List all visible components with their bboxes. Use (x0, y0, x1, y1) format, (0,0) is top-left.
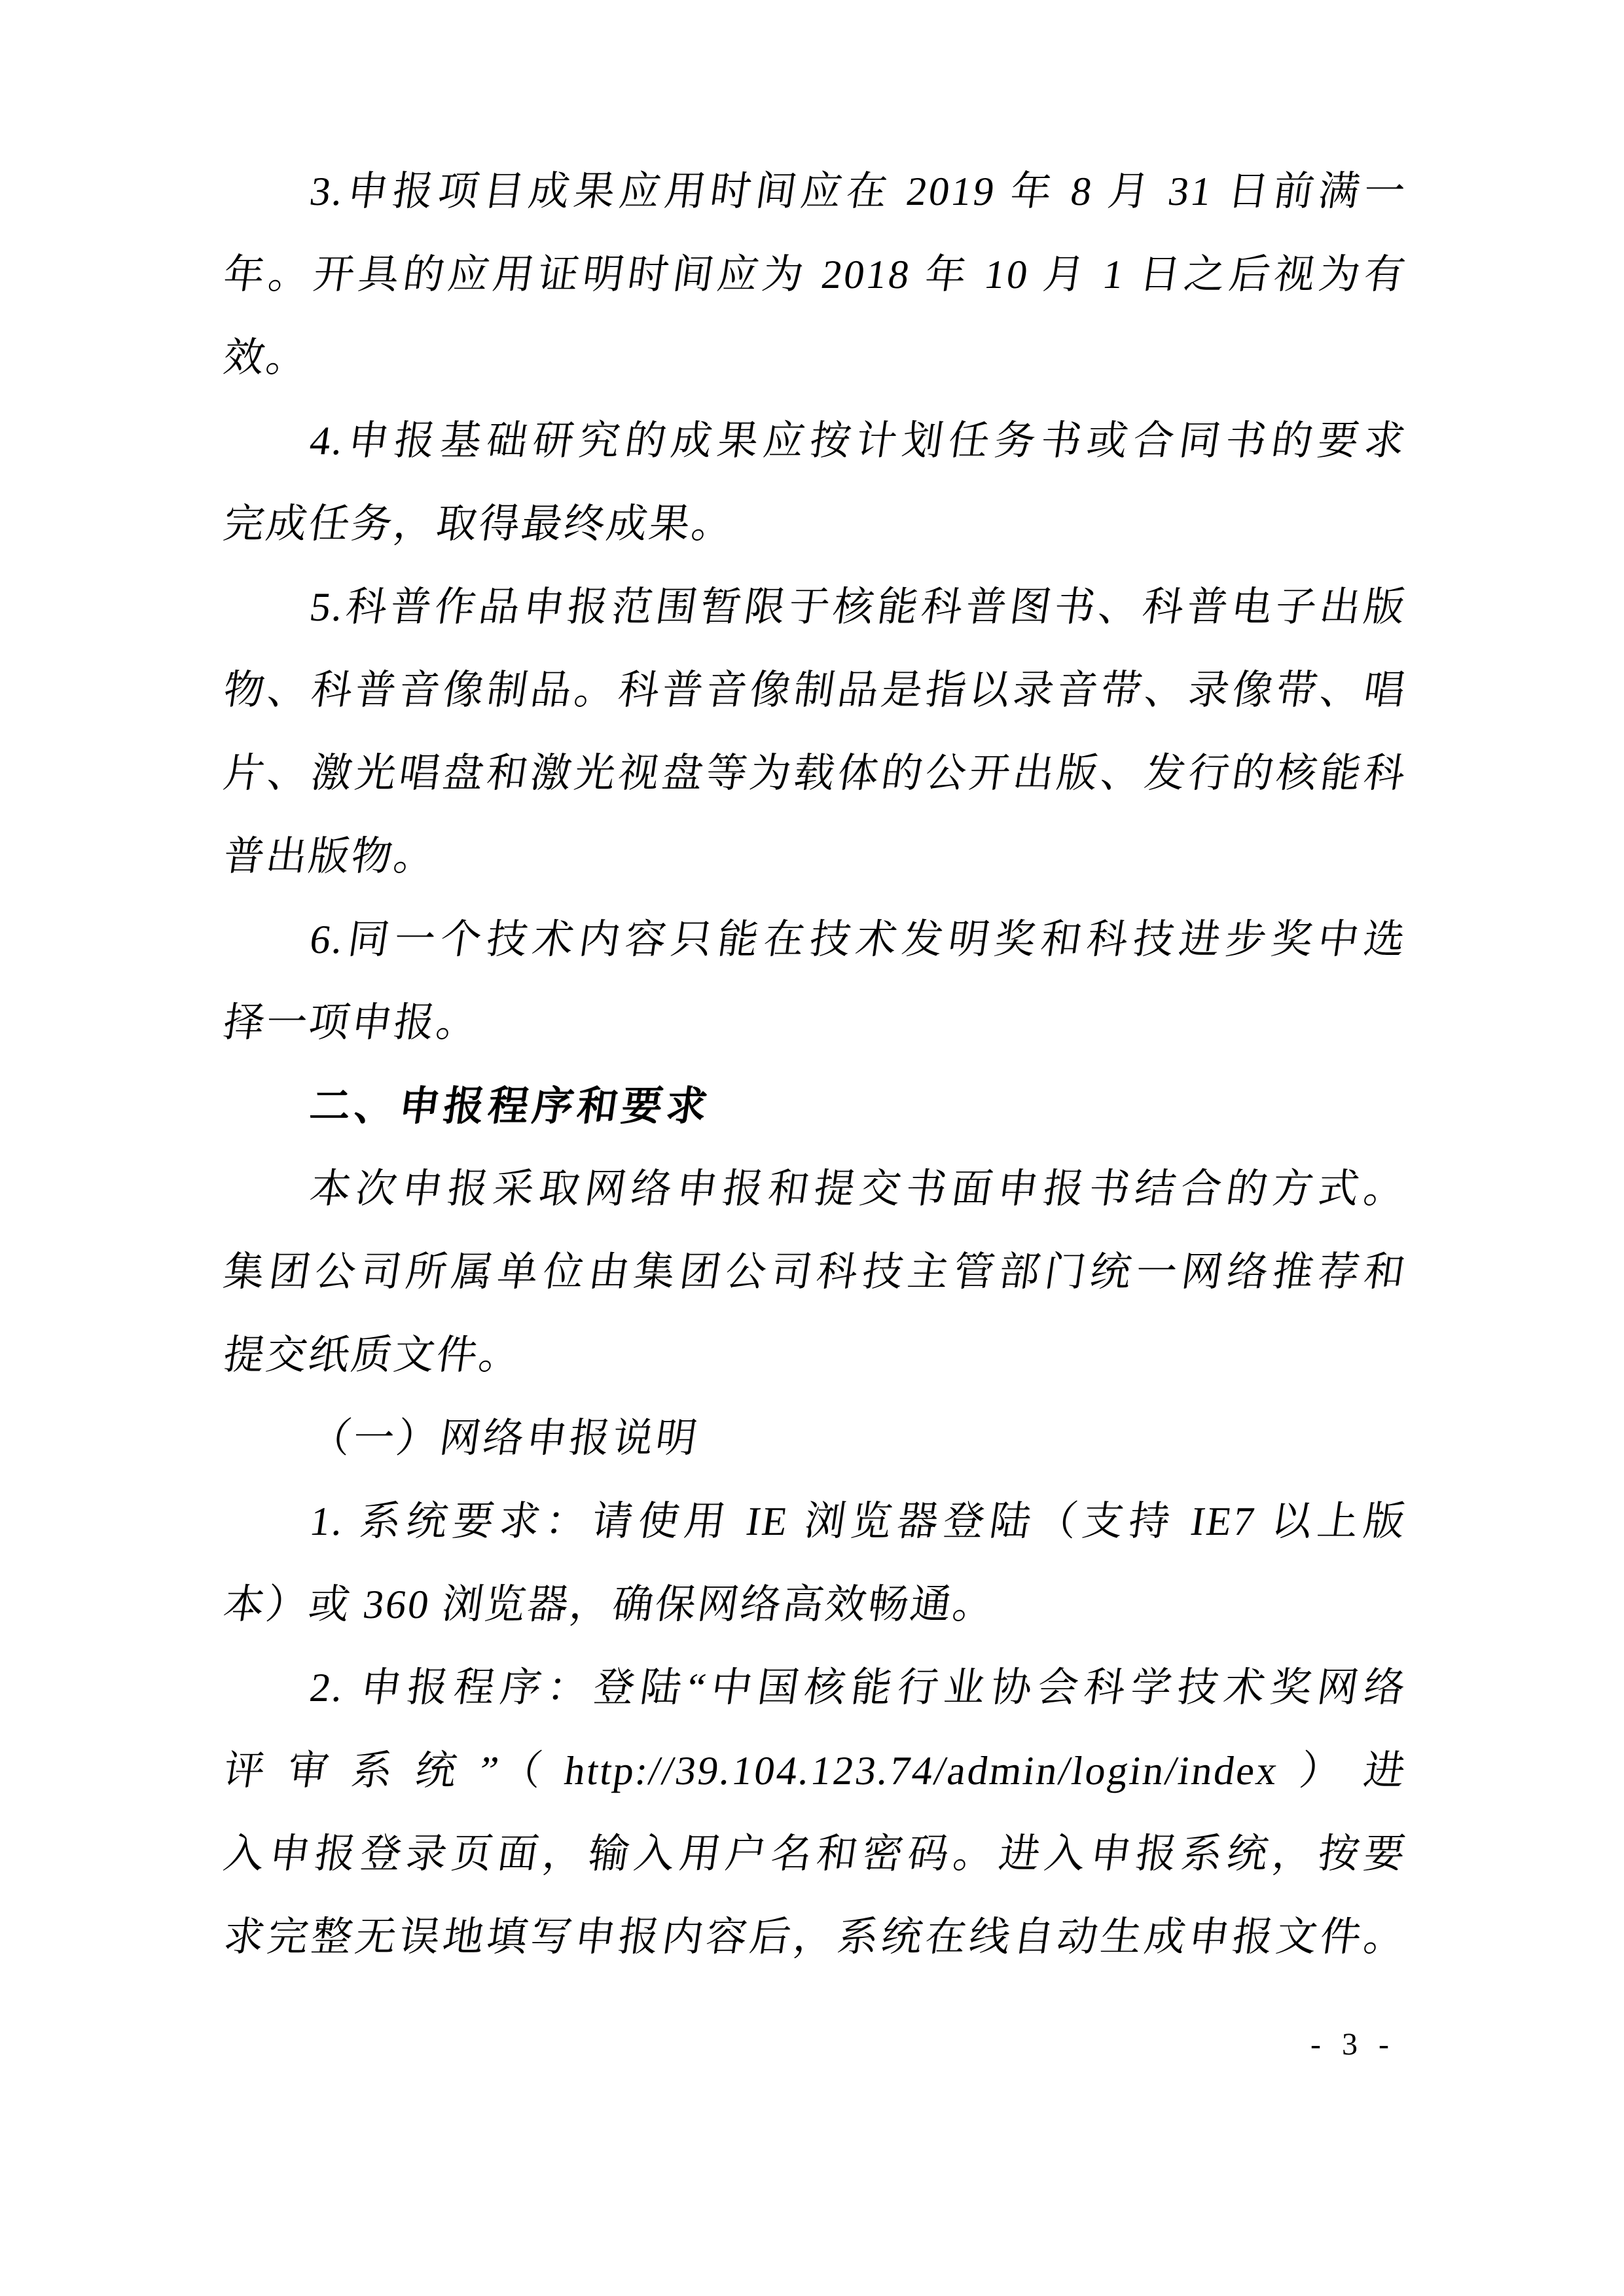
text-line: 片、激光唱盘和激光视盘等为载体的公开出版、发行的核能科 (218, 732, 1413, 816)
text-line: 1. 系统要求：请使用 IE 浏览器登陆（支持 IE7 以上版 (218, 1480, 1413, 1564)
text-line: 3.申报项目成果应用时间应在 2019 年 8 月 31 日前满一 (218, 151, 1413, 234)
document-page: 3.申报项目成果应用时间应在 2019 年 8 月 31 日前满一年。开具的应用… (0, 0, 1624, 2296)
text-line: 完成任务，取得最终成果。 (218, 483, 1413, 566)
text-line: 5.科普作品申报范围暂限于核能科普图书、科普电子出版 (218, 566, 1413, 649)
text-line: 普出版物。 (218, 816, 1413, 899)
text-line: 入申报登录页面，输入用户名和密码。进入申报系统，按要 (218, 1813, 1413, 1896)
text-line: 评审系统”（http://39.104.123.74/admin/login/i… (218, 1730, 1413, 1813)
sub-section-heading: （一）网络申报说明 (218, 1397, 1413, 1480)
page-number: - 3 - (1310, 2025, 1396, 2064)
text-line: 2. 申报程序：登陆“中国核能行业协会科学技术奖网络 (218, 1647, 1413, 1730)
text-line: 集团公司所属单位由集团公司科技主管部门统一网络推荐和 (218, 1231, 1413, 1314)
text-line: 本）或 360 浏览器，确保网络高效畅通。 (218, 1564, 1413, 1647)
text-line: 本次申报采取网络申报和提交书面申报书结合的方式。 (218, 1148, 1413, 1231)
text-line: 择一项申报。 (218, 982, 1413, 1065)
text-line: 物、科普音像制品。科普音像制品是指以录音带、录像带、唱 (218, 649, 1413, 732)
text-block: 3.申报项目成果应用时间应在 2019 年 8 月 31 日前满一年。开具的应用… (218, 151, 1401, 1979)
text-line: 提交纸质文件。 (218, 1314, 1413, 1397)
text-line: 求完整无误地填写申报内容后，系统在线自动生成申报文件。 (218, 1896, 1413, 1979)
text-line: 6.同一个技术内容只能在技术发明奖和科技进步奖中选 (218, 899, 1413, 982)
text-line: 年。开具的应用证明时间应为 2018 年 10 月 1 日之后视为有 (218, 234, 1413, 317)
text-line: 效。 (218, 317, 1413, 400)
text-line: 4.申报基础研究的成果应按计划任务书或合同书的要求 (218, 400, 1413, 483)
section-heading: 二、申报程序和要求 (218, 1065, 1413, 1148)
